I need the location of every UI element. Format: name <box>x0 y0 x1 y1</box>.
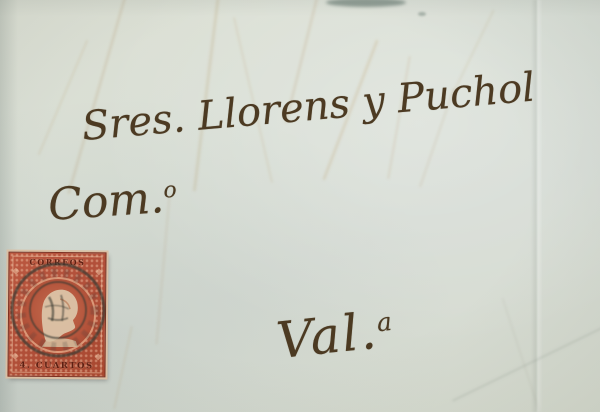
ink-smudge <box>418 12 426 16</box>
circular-postmark-icon <box>5 257 111 363</box>
ink-smudge <box>326 0 406 7</box>
commerce-base-text: Com <box>46 173 151 231</box>
recipient-text: Sres. Llorens y Puchol <box>80 65 537 150</box>
fold-crease <box>531 0 543 412</box>
show-through-stroke <box>38 40 89 156</box>
corner-crease <box>452 290 600 401</box>
destination-superscript: a <box>375 307 395 338</box>
address-destination-line: Val.a <box>274 300 398 370</box>
address-recipient-line: Sres. Llorens y Puchol <box>80 65 537 150</box>
address-commerce-line: Com.o <box>46 171 178 231</box>
destination-base-text: Val <box>274 304 363 370</box>
show-through-stroke <box>67 0 128 194</box>
show-through-stroke <box>113 326 133 410</box>
letter-cover: Sres. Llorens y Puchol Com.o Val.a CORRE… <box>0 0 600 412</box>
commerce-superscript: o <box>163 178 178 204</box>
